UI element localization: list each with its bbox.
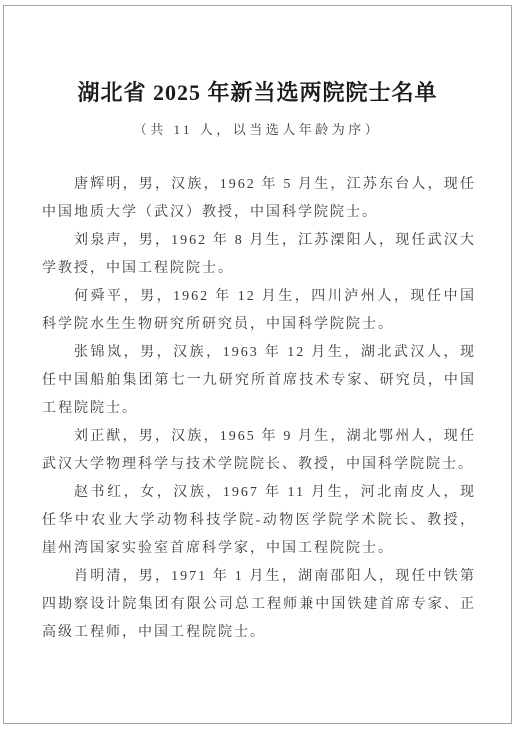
document-page: 湖北省 2025 年新当选两院院士名单 （共 11 人，以当选人年龄为序） 唐辉… xyxy=(3,5,512,724)
document-title: 湖北省 2025 年新当选两院院士名单 xyxy=(4,78,511,108)
academician-entry: 刘泉声，男，1962 年 8 月生，江苏溧阳人，现任武汉大学教授，中国工程院院士… xyxy=(42,227,476,283)
document-subtitle: （共 11 人，以当选人年龄为序） xyxy=(4,120,511,140)
academician-entry: 赵书红，女，汉族，1967 年 11 月生，河北南皮人，现任华中农业大学动物科技… xyxy=(42,479,476,563)
document-body: 唐辉明，男，汉族，1962 年 5 月生，江苏东台人，现任中国地质大学（武汉）教… xyxy=(42,171,476,647)
academician-entry: 唐辉明，男，汉族，1962 年 5 月生，江苏东台人，现任中国地质大学（武汉）教… xyxy=(42,171,476,227)
academician-entry: 何舜平，男，1962 年 12 月生，四川泸州人，现任中国科学院水生生物研究所研… xyxy=(42,283,476,339)
academician-entry: 张锦岚，男，汉族，1963 年 12 月生，湖北武汉人，现任中国船舶集团第七一九… xyxy=(42,339,476,423)
academician-entry: 肖明清，男，1971 年 1 月生，湖南邵阳人，现任中铁第四勘察设计院集团有限公… xyxy=(42,563,476,647)
academician-entry: 刘正猷，男，汉族，1965 年 9 月生，湖北鄂州人，现任武汉大学物理科学与技术… xyxy=(42,423,476,479)
